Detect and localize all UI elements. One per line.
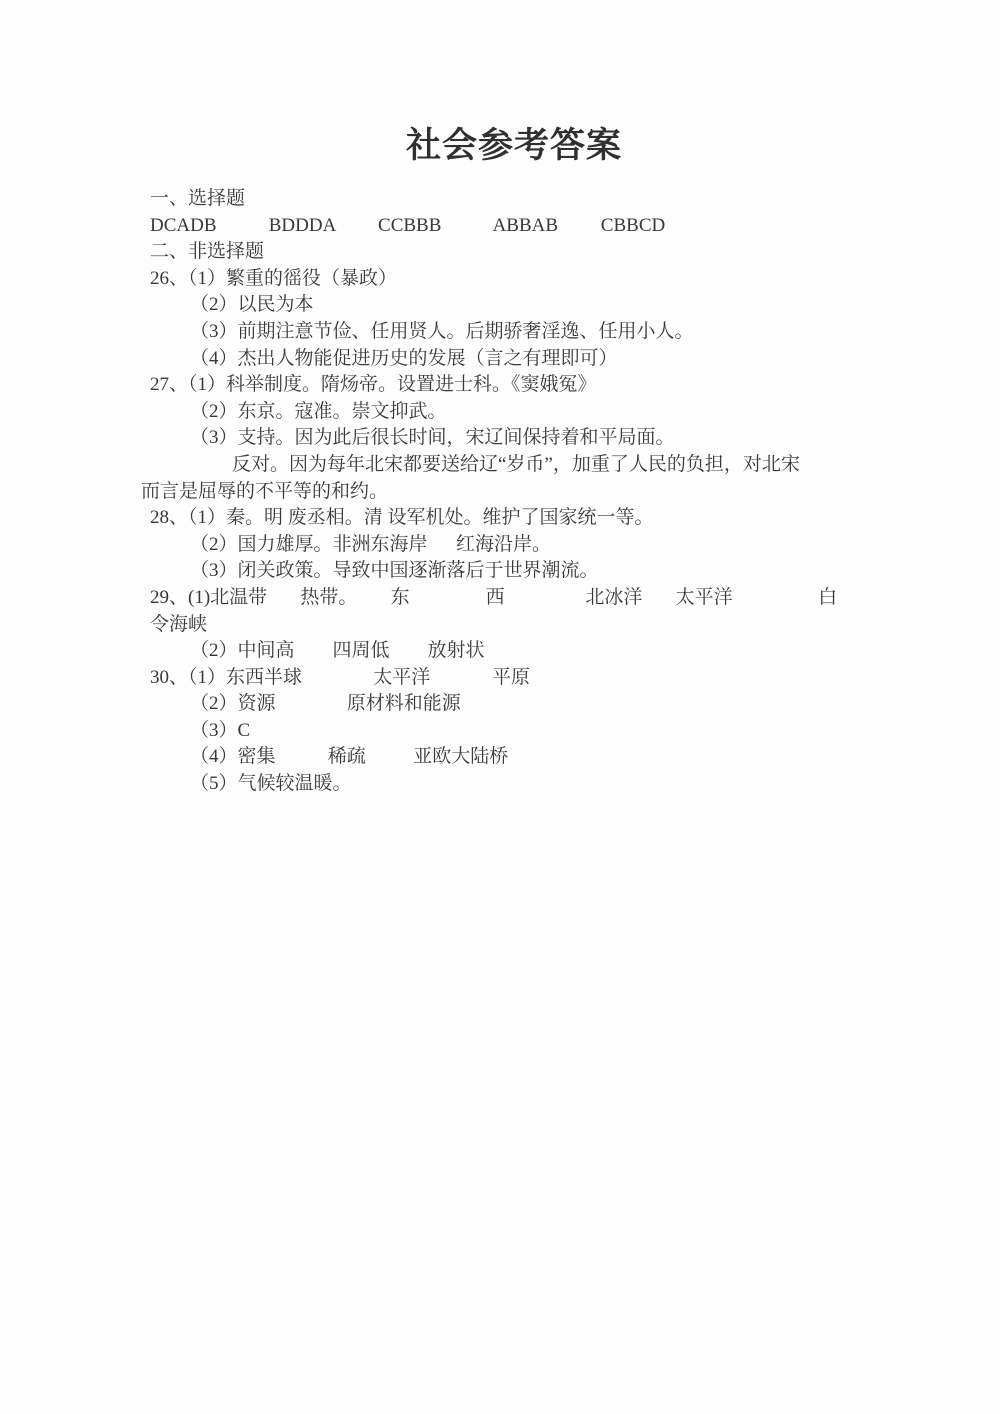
answer-29-2: （2）中间高 四周低 放射状 — [190, 638, 878, 665]
page-title: 社会参考答案 — [150, 118, 878, 168]
answer-30-2: （2）资源 原材料和能源 — [190, 691, 878, 718]
multiple-choice-answers: DCADB BDDDA CCBBB ABBAB CBBCD — [150, 213, 878, 240]
answer-sheet-page: 社会参考答案 一、选择题 DCADB BDDDA CCBBB ABBAB CBB… — [0, 0, 1000, 1414]
answer-26-1: 26、（1）繁重的徭役（暴政） — [150, 266, 878, 293]
answer-28-3: （3）闭关政策。导致中国逐渐落后于世界潮流。 — [190, 558, 878, 585]
answer-29-1-wrap: 令海峡 — [150, 612, 878, 639]
section-2-heading: 二、非选择题 — [150, 239, 878, 266]
answer-27-3-oppose: 反对。因为每年北宋都要送给辽“岁币”，加重了人民的负担，对北宋 — [232, 452, 878, 479]
answer-28-2: （2）国力雄厚。非洲东海岸 红海沿岸。 — [190, 532, 878, 559]
answer-30-5: （5）气候较温暖。 — [190, 771, 878, 798]
answer-30-1: 30、（1）东西半球 太平洋 平原 — [150, 665, 878, 692]
answer-27-3-support: （3）支持。因为此后很长时间，宋辽间保持着和平局面。 — [190, 425, 878, 452]
answer-26-3: （3）前期注意节俭、任用贤人。后期骄奢淫逸、任用小人。 — [190, 319, 878, 346]
answer-28-1: 28、（1）秦。明 废丞相。清 设军机处。维护了国家统一等。 — [150, 505, 878, 532]
answer-27-1: 27、（1）科举制度。隋炀帝。设置进士科。《窦娥冤》 — [150, 372, 878, 399]
answer-27-3-oppose-wrap: 而言是屈辱的不平等的和约。 — [141, 479, 878, 506]
section-1-heading: 一、选择题 — [150, 186, 878, 213]
answer-26-4: （4）杰出人物能促进历史的发展（言之有理即可） — [190, 346, 878, 373]
answer-29-1: 29、(1)北温带 热带。 东 西 北冰洋 太平洋 白 — [150, 585, 878, 612]
answer-27-2: （2）东京。寇准。崇文抑武。 — [190, 399, 878, 426]
answer-30-3: （3）C — [190, 718, 878, 745]
answer-30-4: （4）密集 稀疏 亚欧大陆桥 — [190, 744, 878, 771]
document-content: 社会参考答案 一、选择题 DCADB BDDDA CCBBB ABBAB CBB… — [150, 118, 878, 798]
answer-26-2: （2）以民为本 — [190, 292, 878, 319]
